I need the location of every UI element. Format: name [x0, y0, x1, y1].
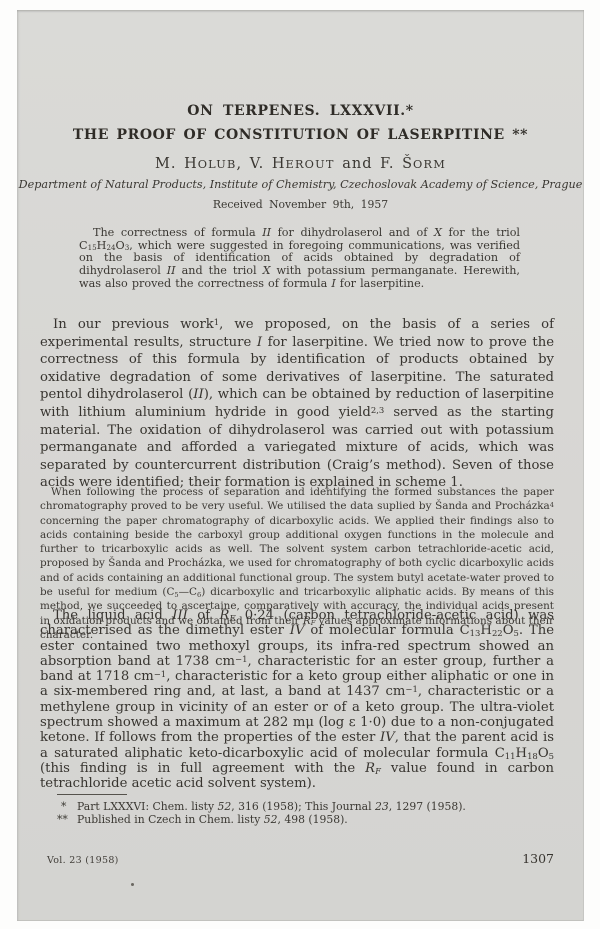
footnote-2-text: Published in Czech in Chem. listy 52, 49…: [77, 813, 348, 826]
volume-info: Vol. 23 (1958): [47, 855, 119, 866]
footnote-1-text: Part LXXXVI: Chem. listy 52, 316 (1958);…: [77, 800, 466, 813]
received-date-line: Received November 9th, 1957: [17, 198, 584, 211]
body-paragraph-2: The liquid acid III of RF 0·24 (carbon t…: [40, 608, 554, 792]
footnote-1: * Part LXXXVI: Chem. listy 52, 316 (1958…: [55, 800, 577, 813]
article-title-line-1: ON TERPENES. LXXXVII.*: [17, 103, 584, 119]
article-title-line-2: THE PROOF OF CONSTITUTION OF LASERPITINE…: [17, 127, 584, 143]
scan-speck: [131, 883, 134, 886]
page-number: 1307: [522, 851, 554, 866]
authors-line: M. HOLUB, V. HEROUT and F. ŠORM: [17, 156, 584, 172]
footnote-2-marker: **: [57, 813, 68, 826]
paper-page: ON TERPENES. LXXXVII.* THE PROOF OF CONS…: [17, 10, 584, 921]
footnote-2: ** Published in Czech in Chem. listy 52,…: [55, 813, 577, 826]
abstract-paragraph: The correctness of formula II for dihydr…: [79, 227, 520, 291]
footnote-divider: [57, 794, 127, 795]
footnote-1-marker: *: [61, 800, 66, 813]
affiliation-line: Department of Natural Products, Institut…: [17, 178, 584, 191]
body-paragraph-1: In our previous work1, we proposed, on t…: [40, 316, 554, 492]
